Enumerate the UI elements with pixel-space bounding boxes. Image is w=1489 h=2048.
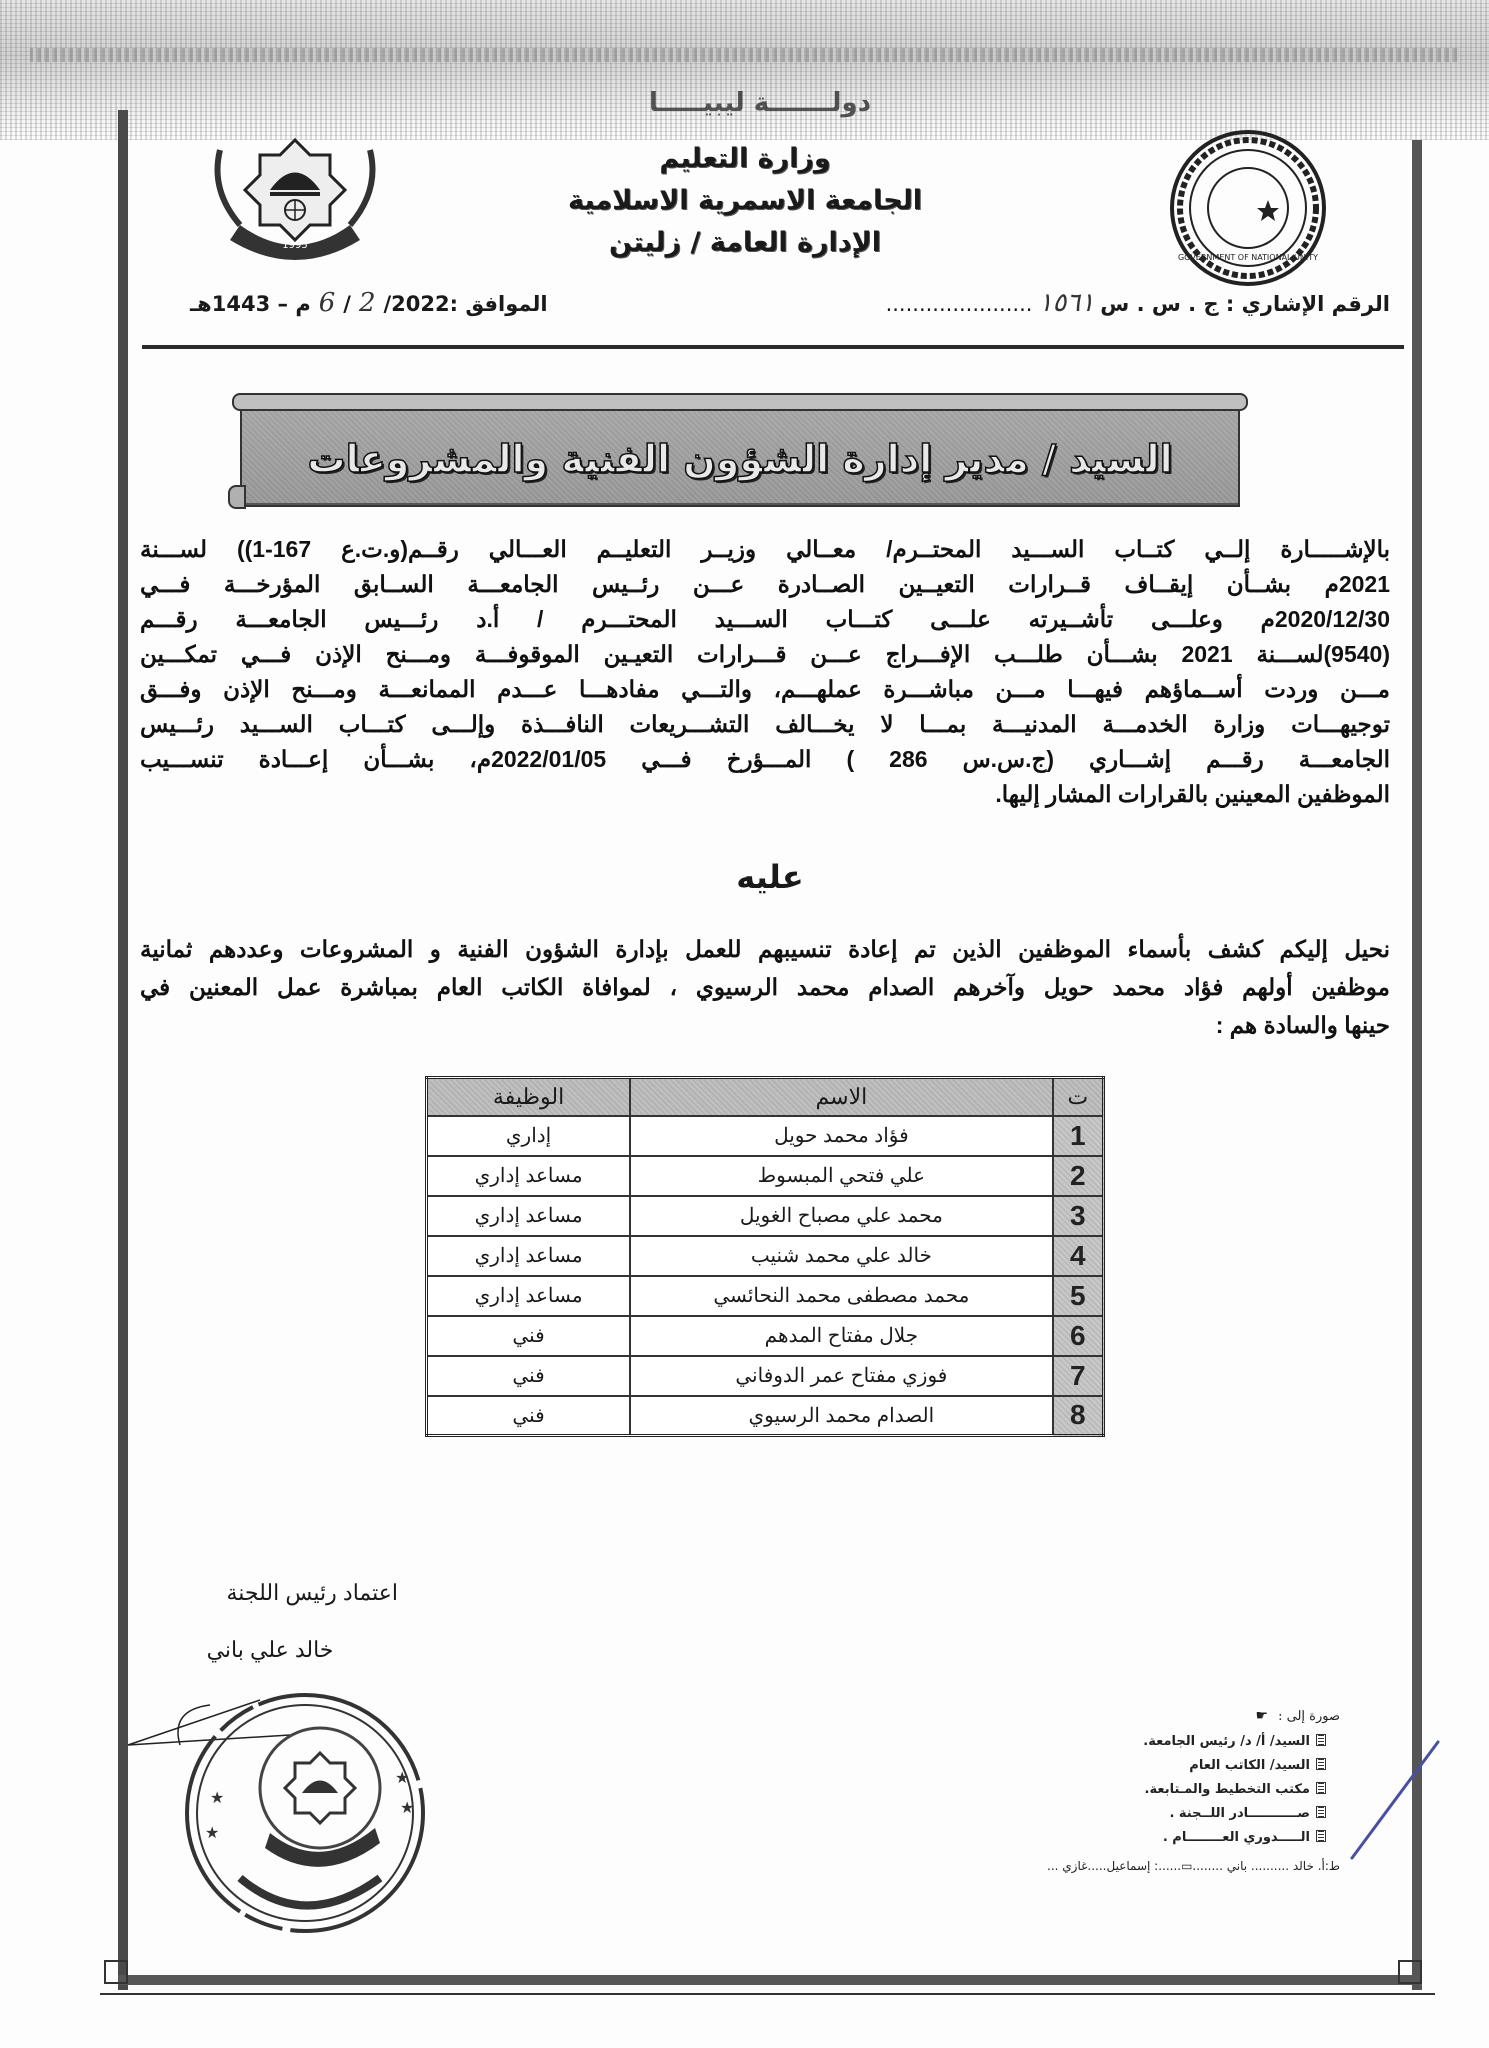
paragraph-line: 2020/12/30م وعلـــى تأشــيرته علـــى كتـ… bbox=[140, 602, 1390, 637]
employee-name: خالد علي محمد شنيب bbox=[630, 1236, 1052, 1276]
paragraph-line: حينها والسادة هم : bbox=[140, 1006, 1390, 1044]
university-name: الجامعة الاسمرية الاسلامية bbox=[480, 180, 1010, 222]
letterhead: وزارة التعليم الجامعة الاسمرية الاسلامية… bbox=[480, 138, 1010, 264]
frame-corner-ornament-right bbox=[1398, 1960, 1422, 1984]
employee-job: مساعد إداري bbox=[427, 1156, 631, 1196]
employee-name: فؤاد محمد حويل bbox=[630, 1116, 1052, 1156]
row-number: 4 bbox=[1053, 1236, 1104, 1276]
reference-label: الرقم الإشاري : ج . س . س bbox=[1100, 292, 1390, 316]
document-icon bbox=[1316, 1782, 1326, 1794]
prepared-by-line: ط:أ. خالد .......... باني ........▭.....… bbox=[960, 1854, 1340, 1878]
reference-number: الرقم الإشاري : ج . س . س١٥٦١...........… bbox=[886, 288, 1390, 318]
paragraph-line: 2021م بشــأن إيقــاف قــرارات التعيــين … bbox=[140, 567, 1390, 602]
document-icon bbox=[1316, 1806, 1326, 1818]
table-row: 8 الصدام محمد الرسيوي فني bbox=[427, 1396, 1104, 1436]
government-seal-icon: GOVERNMENT OF NATIONAL UNITY bbox=[1168, 128, 1328, 288]
document-icon bbox=[1316, 1830, 1326, 1842]
staff-table: ت الاسم الوظيفة 1 فؤاد محمد حويل إداري 2… bbox=[425, 1076, 1105, 1437]
employee-job: فني bbox=[427, 1316, 631, 1356]
column-header-name: الاسم bbox=[630, 1078, 1052, 1116]
cc-label: صورة إلى :☛ bbox=[960, 1708, 1340, 1724]
paragraph-line: الموظفين المعينين بالقرارات المشار إليها… bbox=[140, 777, 1390, 812]
page-frame-bottom-rule bbox=[100, 1993, 1435, 1995]
column-header-job: الوظيفة bbox=[427, 1078, 631, 1116]
paragraph-line: نحيل إليكم كشف بأسماء الموظفين الذين تم … bbox=[140, 930, 1390, 968]
employee-name: علي فتحي المبسوط bbox=[630, 1156, 1052, 1196]
therefore-heading: عليه bbox=[500, 858, 1040, 896]
page-frame-bottom bbox=[118, 1975, 1422, 1985]
table-row: 1 فؤاد محمد حويل إداري bbox=[427, 1116, 1104, 1156]
state-title: دولـــــــة ليبيـــــا bbox=[480, 88, 1040, 118]
reference-dots: ...................... bbox=[886, 292, 1033, 316]
employee-name: محمد علي مصباح الغويل bbox=[630, 1196, 1052, 1236]
employee-job: فني bbox=[427, 1396, 631, 1436]
carbon-copy-list: صورة إلى :☛ السيد/ أ/ د/ رئيس الجامعة. ا… bbox=[960, 1708, 1340, 1878]
committee-stamp-icon: ★ ★ ★ ★ bbox=[180, 1688, 430, 1938]
therefore-text: عليه bbox=[736, 858, 803, 896]
reference-date: الموافق :6/2/2022م – 1443هـ bbox=[190, 288, 548, 318]
cc-item: مكتب التخطيط والمـتابعة. bbox=[960, 1778, 1340, 1802]
handwritten-day: 6 bbox=[319, 288, 336, 318]
cc-item: الـــــدوري العــــــــام . bbox=[960, 1826, 1340, 1850]
row-number: 5 bbox=[1053, 1276, 1104, 1316]
handwritten-month: 2 bbox=[359, 288, 376, 318]
svg-text:1995: 1995 bbox=[282, 240, 307, 251]
ministry-name: وزارة التعليم bbox=[480, 138, 1010, 180]
column-header-number: ت bbox=[1053, 1078, 1104, 1116]
employee-job: مساعد إداري bbox=[427, 1196, 631, 1236]
administration-name: الإدارة العامة / زليتن bbox=[480, 222, 1010, 264]
table-row: 7 فوزي مفتاح عمر الدوفاني فني bbox=[427, 1356, 1104, 1396]
employee-name: جلال مفتاح المدهم bbox=[630, 1316, 1052, 1356]
cc-item: السيد/ أ/ د/ رئيس الجامعة. bbox=[960, 1730, 1340, 1754]
employee-name: الصدام محمد الرسيوي bbox=[630, 1396, 1052, 1436]
table-header-row: ت الاسم الوظيفة bbox=[427, 1078, 1104, 1116]
table-row: 2 علي فتحي المبسوط مساعد إداري bbox=[427, 1156, 1104, 1196]
employee-job: إداري bbox=[427, 1116, 631, 1156]
employee-name: محمد مصطفى محمد النحائسي bbox=[630, 1276, 1052, 1316]
paragraph-line: بالإشـــــارة إلــي كتــاب الســـيد المح… bbox=[140, 532, 1390, 567]
body-paragraph-2: نحيل إليكم كشف بأسماء الموظفين الذين تم … bbox=[140, 930, 1390, 1044]
cc-item: السيد/ الكاتب العام bbox=[960, 1754, 1340, 1778]
addressee-title: السيد / مدير إدارة الشؤون الفنية والمشرو… bbox=[242, 437, 1238, 481]
committee-chair-name: خالد علي باني bbox=[170, 1637, 370, 1663]
paragraph-line: موظفين أولهم فؤاد محمد حويل وآخرهم الصدا… bbox=[140, 968, 1390, 1006]
approval-title: اعتماد رئيس اللجنة bbox=[138, 1580, 398, 1606]
date-label: الموافق : bbox=[450, 292, 548, 316]
employee-name: فوزي مفتاح عمر الدوفاني bbox=[630, 1356, 1052, 1396]
table-row: 6 جلال مفتاح المدهم فني bbox=[427, 1316, 1104, 1356]
row-number: 1 bbox=[1053, 1116, 1104, 1156]
header-divider bbox=[142, 345, 1404, 349]
scan-noise-band bbox=[0, 0, 1489, 140]
page-frame-right bbox=[1412, 140, 1422, 1990]
svg-text:GOVERNMENT OF NATIONAL UNITY: GOVERNMENT OF NATIONAL UNITY bbox=[1178, 253, 1318, 262]
row-number: 3 bbox=[1053, 1196, 1104, 1236]
paragraph-line: توجيهـــات وزارة الخدمـــة المدنيـــة بم… bbox=[140, 707, 1390, 742]
body-paragraph-1: بالإشـــــارة إلــي كتــاب الســـيد المح… bbox=[140, 532, 1390, 812]
cc-item: صـــــــــــادر اللــجنة . bbox=[960, 1802, 1340, 1826]
svg-text:★: ★ bbox=[395, 1768, 409, 1787]
addressee-banner: السيد / مدير إدارة الشؤون الفنية والمشرو… bbox=[240, 395, 1240, 507]
svg-text:★: ★ bbox=[205, 1823, 219, 1842]
row-number: 2 bbox=[1053, 1156, 1104, 1196]
svg-text:★: ★ bbox=[210, 1788, 224, 1807]
table-row: 5 محمد مصطفى محمد النحائسي مساعد إداري bbox=[427, 1276, 1104, 1316]
row-number: 7 bbox=[1053, 1356, 1104, 1396]
employee-job: فني bbox=[427, 1356, 631, 1396]
reference-row: الرقم الإشاري : ج . س . س١٥٦١...........… bbox=[190, 288, 1390, 328]
university-emblem-icon: 1995 bbox=[200, 130, 390, 260]
employee-job: مساعد إداري bbox=[427, 1276, 631, 1316]
employee-job: مساعد إداري bbox=[427, 1236, 631, 1276]
pen-checkmark-icon bbox=[1350, 1740, 1440, 1860]
handwritten-reference-number: ١٥٦١ bbox=[1038, 288, 1094, 318]
frame-corner-ornament-left bbox=[104, 1960, 128, 1984]
document-icon bbox=[1316, 1758, 1326, 1770]
paragraph-line: (9540)لســـنة 2021 بشـــأن طلـــب الإفــ… bbox=[140, 637, 1390, 672]
svg-text:★: ★ bbox=[400, 1798, 414, 1817]
cc-pointer-icon: ☛ bbox=[1256, 1708, 1269, 1724]
document-icon bbox=[1316, 1734, 1326, 1746]
table-row: 3 محمد علي مصباح الغويل مساعد إداري bbox=[427, 1196, 1104, 1236]
paragraph-line: مـــن وردت أســماؤهم فيهـــا مـــن مباشـ… bbox=[140, 672, 1390, 707]
row-number: 8 bbox=[1053, 1396, 1104, 1436]
row-number: 6 bbox=[1053, 1316, 1104, 1356]
table-row: 4 خالد علي محمد شنيب مساعد إداري bbox=[427, 1236, 1104, 1276]
paragraph-line: الجامعـــة رقـــم إشـــاري (ج.س.س 286 ) … bbox=[140, 742, 1390, 777]
